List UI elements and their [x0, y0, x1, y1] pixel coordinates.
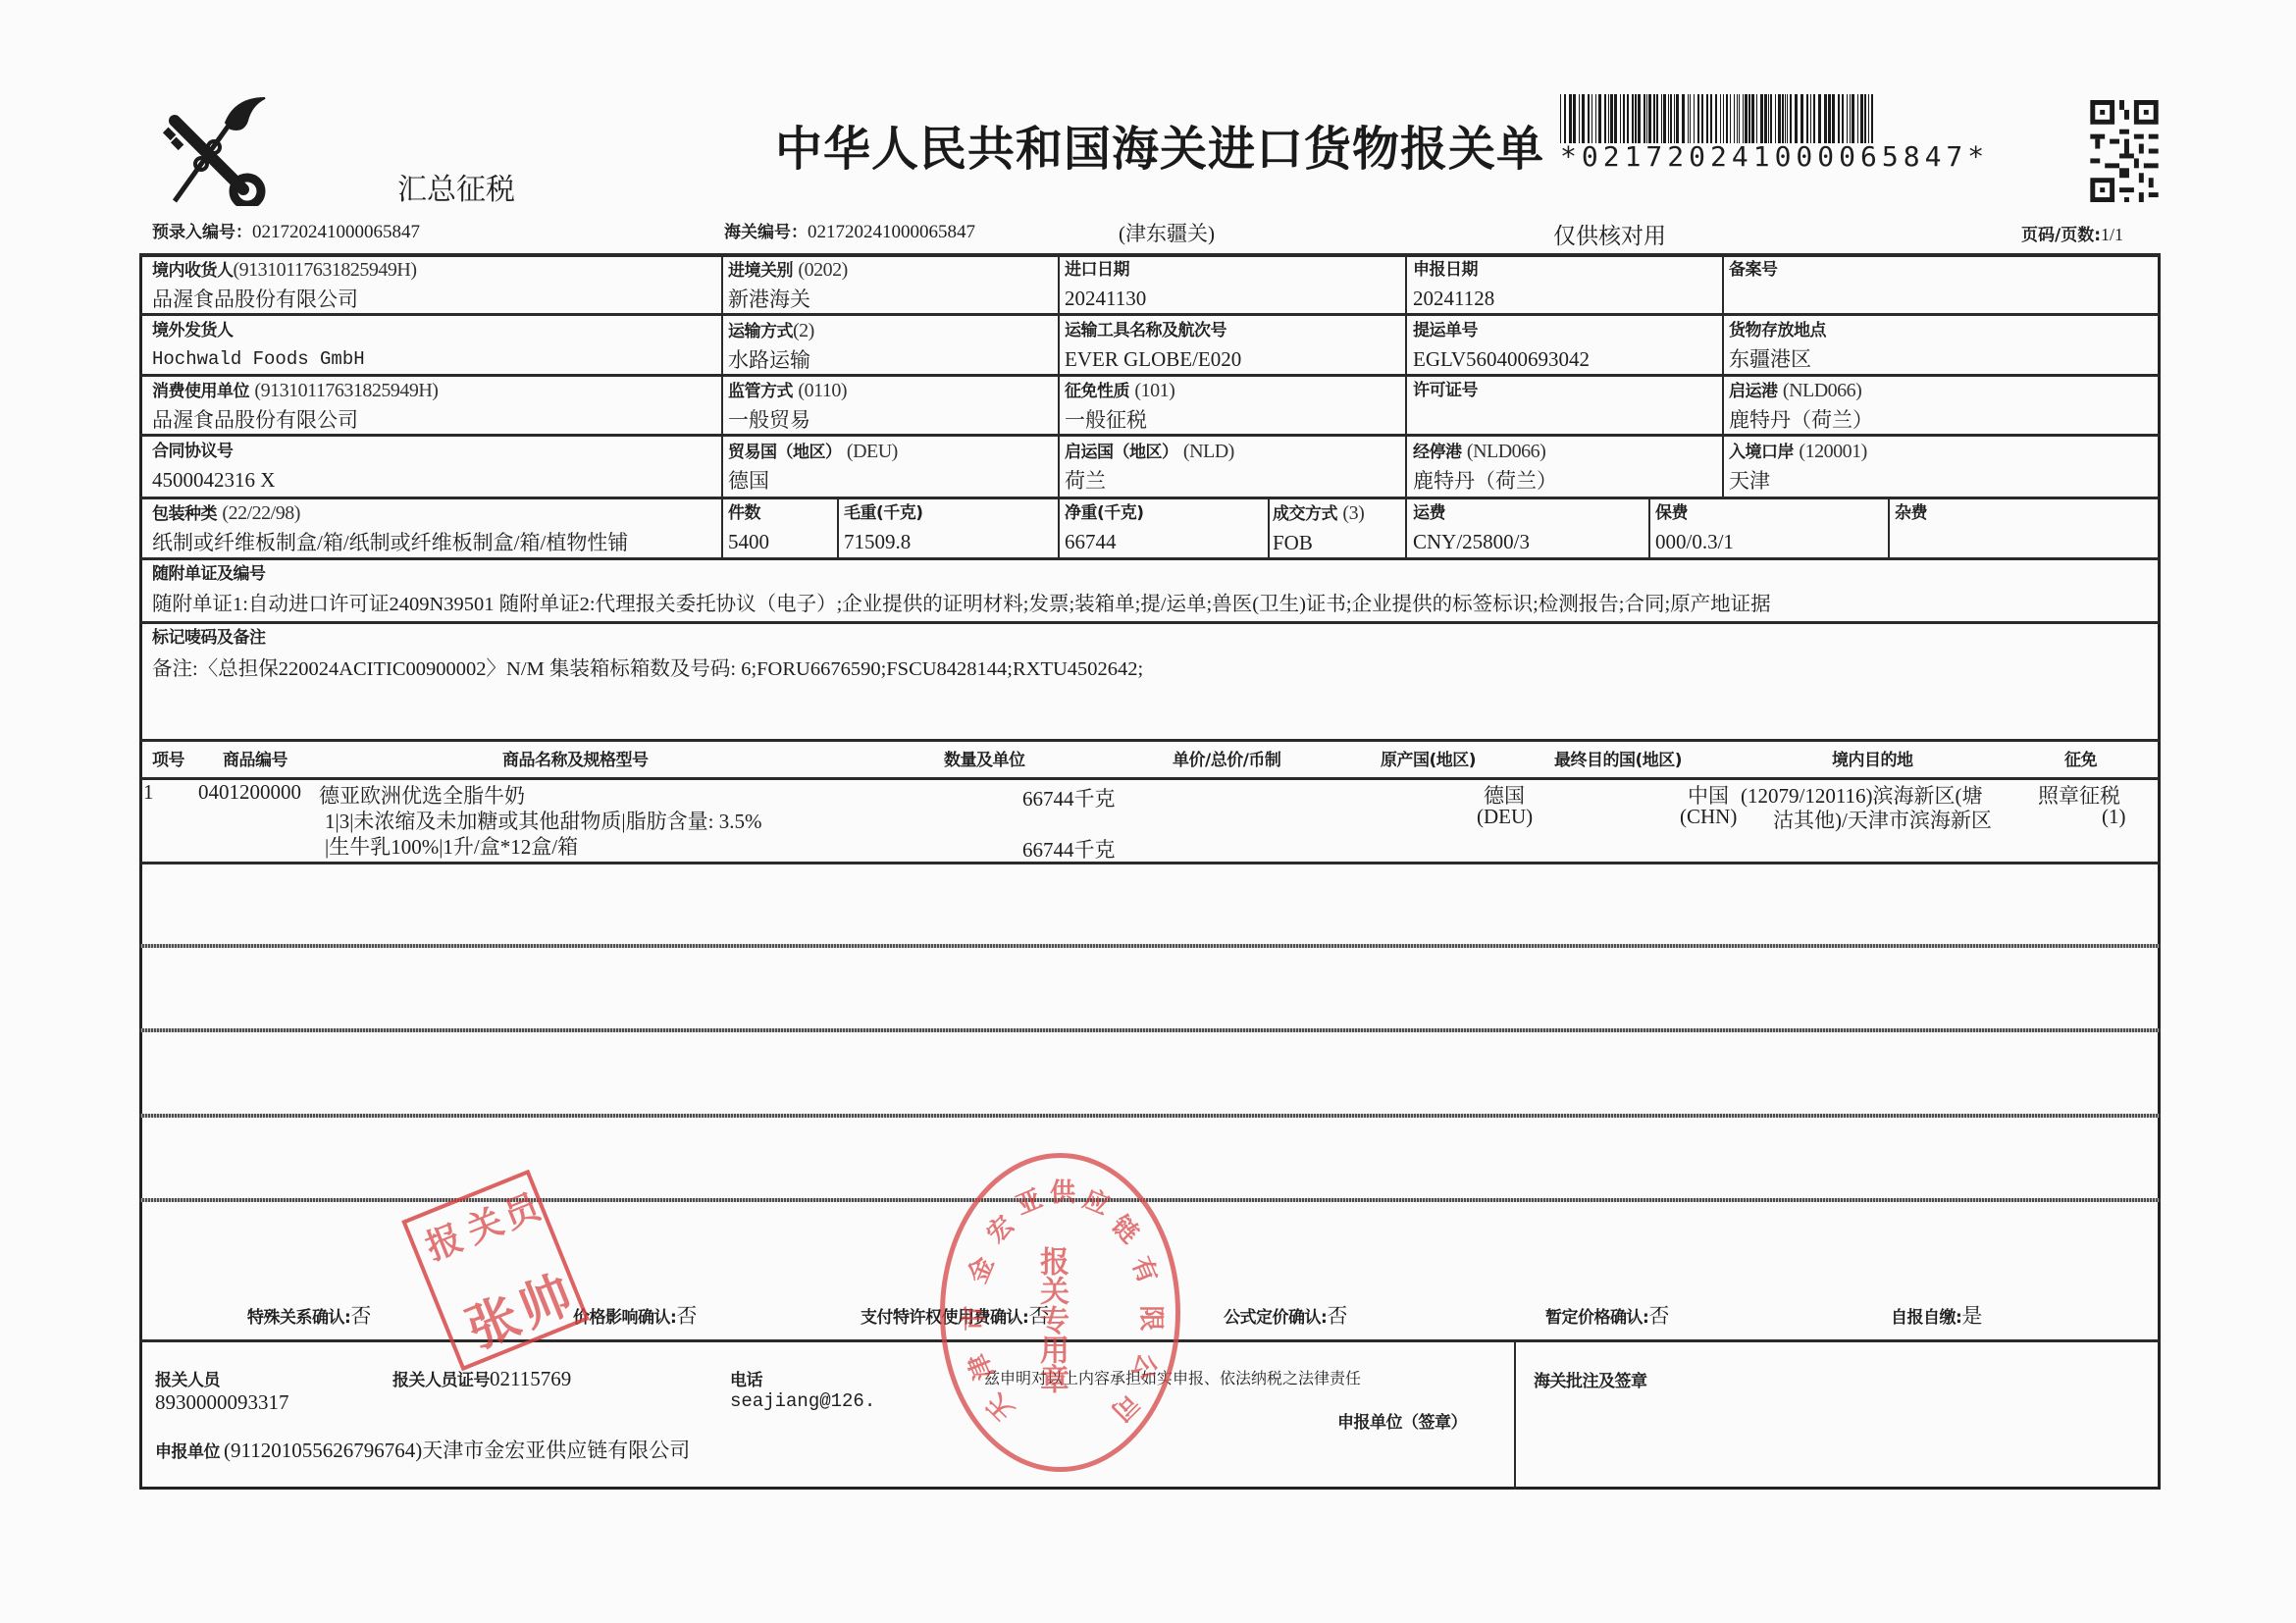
declaring-unit-field: 申报单位 (911201055626796764)天津市金宏亚供应链有限公司	[155, 1435, 690, 1464]
trade-country-field: 贸易国（地区） (DEU) 德国	[728, 439, 898, 497]
domestic-consignee-field: 境内收货人(91310117631825949H) 品渥食品股份有限公司	[152, 257, 417, 315]
stamp-character: 限	[1135, 1305, 1172, 1331]
declaration-date-field: 申报日期 20241128	[1413, 257, 1494, 314]
piece-count-field: 件数 5400	[728, 500, 769, 557]
insurance-field: 保费 000/0.3/1	[1655, 500, 1734, 557]
stamp-character: 链	[1105, 1206, 1149, 1250]
qr-code-icon	[2090, 100, 2159, 202]
verify-only-note: 仅供核对用	[1553, 218, 1666, 250]
stamp-character: 市	[955, 1305, 991, 1331]
goods-table-header: 项号 商品编号 商品名称及规格型号 数量及单位 单价/总价/币制 原产国(地区)…	[139, 739, 2161, 777]
levy-nature-field: 征免性质 (101) 一般征税	[1065, 378, 1174, 436]
consumer-unit-field: 消费使用单位 (91310117631825949H) 品渥食品股份有限公司	[152, 378, 438, 436]
attached-documents-field: 随附单证及编号 随附单证1:自动进口许可证2409N39501 随附单证2:代理…	[152, 561, 1771, 622]
entry-port-field: 入境口岸 (120001) 天津	[1729, 439, 1867, 497]
stamp-character: 天	[977, 1387, 1021, 1431]
pre-entry-number: 预录入编号：021720241000065847	[152, 218, 420, 243]
formula-pricing-confirm: 公式定价确认:否	[1224, 1300, 1347, 1330]
provisional-price-confirm: 暂定价格确认:否	[1545, 1300, 1669, 1330]
bill-of-lading-field: 提运单号 EGLV560400693042	[1413, 318, 1590, 375]
transport-mode-field: 运输方式(2) 水路运输	[728, 318, 814, 376]
page-title: 中华人民共和国海关进口货物报关单	[775, 111, 1544, 179]
declarant-field: 报关人员 8930000093317	[155, 1366, 289, 1415]
freight-field: 运费 CNY/25800/3	[1413, 500, 1530, 557]
customs-approval-field: 海关批注及签章	[1534, 1367, 1647, 1391]
package-type-field: 包装种类 (22/22/98) 纸制或纤维板制盒/箱/纸制或纤维板制盒/箱/植物…	[152, 500, 716, 558]
declarant-cert-field: 报关人员证号02115769	[392, 1366, 571, 1391]
stamp-character: 司	[1105, 1387, 1149, 1431]
misc-fee-field: 杂费	[1895, 500, 1927, 526]
price-influence-confirm: 价格影响确认:否	[573, 1300, 697, 1330]
stamp-character: 公	[1124, 1348, 1168, 1386]
company-seal-stamp: 天津市金宏亚供应链有限公司 报关专用章	[940, 1153, 1180, 1472]
transaction-mode-field: 成交方式 (3) FOB	[1273, 500, 1364, 558]
customs-office: (津东疆关)	[1119, 218, 1215, 247]
departure-country-field: 启运国（地区） (NLD) 荷兰	[1065, 439, 1234, 497]
license-number-field: 许可证号	[1413, 378, 1478, 403]
stamp-character: 供	[1050, 1173, 1075, 1209]
stamp-character: 亚	[1010, 1178, 1047, 1222]
customs-number: 海关编号：021720241000065847	[724, 218, 975, 243]
storage-location-field: 货物存放地点 东疆港区	[1729, 318, 1826, 375]
import-date-field: 进口日期 20241130	[1065, 257, 1146, 314]
summary-tax-label: 汇总征税	[397, 165, 515, 208]
declaring-unit-signature: 申报单位（签章）	[1337, 1408, 1467, 1433]
stamp-character: 金	[958, 1251, 1001, 1288]
page-count: 页码/页数:1/1	[2021, 221, 2123, 245]
gross-weight-field: 毛重(千克) 71509.8	[844, 500, 923, 557]
transit-port-field: 经停港 (NLD066) 鹿特丹（荷兰）	[1413, 439, 1557, 497]
entry-customs-field: 进境关别 (0202) 新港海关	[728, 257, 848, 315]
stamp-character: 津	[958, 1348, 1001, 1386]
vessel-voyage-field: 运输工具名称及航次号 EVER GLOBE/E020	[1065, 318, 1241, 375]
customs-emblem-icon	[157, 93, 275, 206]
contract-number-field: 合同协议号 4500042316 X	[152, 439, 275, 496]
barcode-icon	[1560, 94, 1874, 143]
record-number-field: 备案号	[1729, 257, 1778, 283]
marks-remarks-field: 标记唛码及备注 备注:〈总担保220024ACITIC00900002〉N/M …	[152, 625, 1143, 688]
stamp-character: 有	[1124, 1251, 1168, 1288]
net-weight-field: 净重(千克) 66744	[1065, 500, 1144, 557]
overseas-shipper-field: 境外发货人 Hochwald Foods GmbH	[152, 318, 365, 375]
stamp-character: 应	[1078, 1178, 1116, 1222]
phone-field: 电话 seajiang@126.	[730, 1366, 875, 1412]
special-relationship-confirm: 特殊关系确认:否	[247, 1300, 371, 1330]
self-declare-self-pay: 自报自缴:是	[1891, 1300, 1982, 1330]
barcode-number: *021720241000065847*	[1560, 140, 1989, 173]
departure-port-field: 启运港 (NLD066) 鹿特丹（荷兰）	[1729, 378, 1873, 436]
stamp-character: 宏	[977, 1206, 1021, 1250]
table-row: 1 0401200000 德亚欧洲优选全脂牛奶 1|3|未浓缩及未加糖或其他甜物…	[139, 777, 2161, 862]
supervision-mode-field: 监管方式 (0110) 一般贸易	[728, 378, 847, 436]
